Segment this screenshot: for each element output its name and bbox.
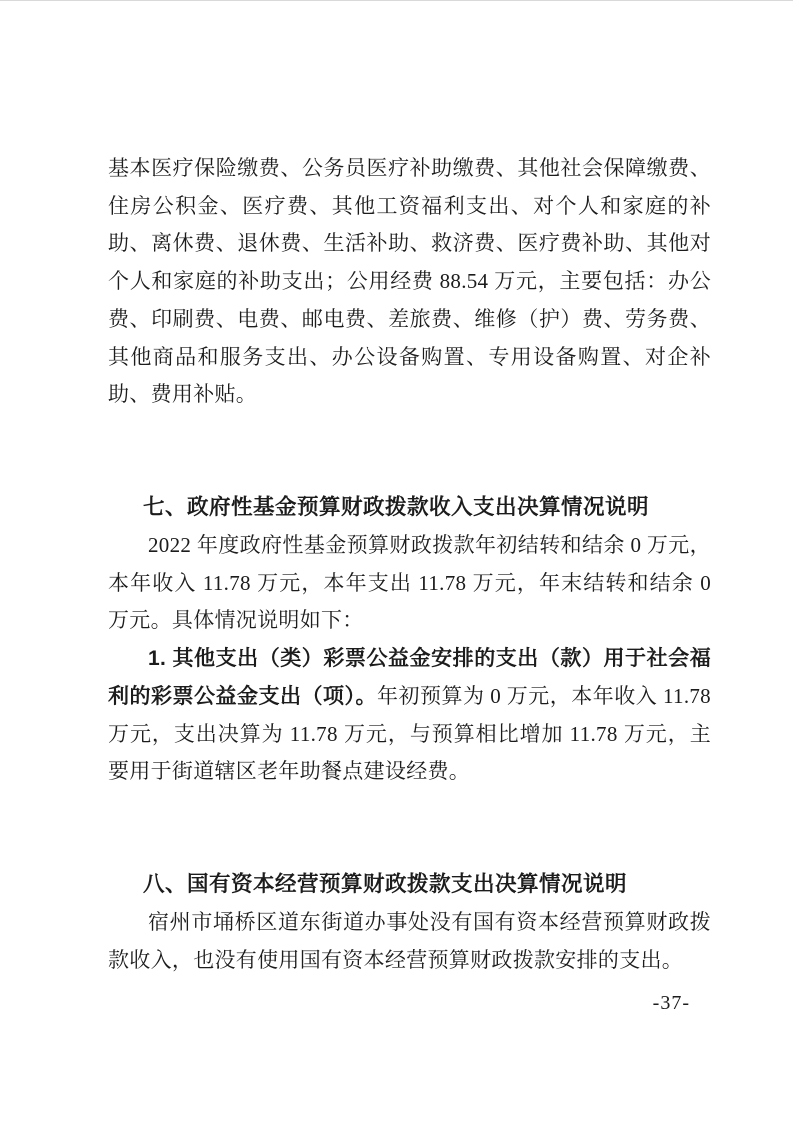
document-content: 基本医疗保险缴费、公务员医疗补助缴费、其他社会保障缴费、住房公积金、医疗费、其他… <box>108 150 711 979</box>
section-seven: 七、政府性基金预算财政拨款收入支出决算情况说明 2022 年度政府性基金预算财政… <box>108 489 711 791</box>
page-number: -37- <box>653 992 690 1015</box>
document-page: 基本医疗保险缴费、公务员医疗补助缴费、其他社会保障缴费、住房公积金、医疗费、其他… <box>0 0 793 1122</box>
section-seven-item1: 1. 其他支出（类）彩票公益金安排的支出（款）用于社会福利的彩票公益金支出（项）… <box>108 640 711 791</box>
section-eight-heading: 八、国有资本经营预算财政拨款支出决算情况说明 <box>108 866 711 904</box>
section-seven-intro: 2022 年度政府性基金预算财政拨款年初结转和结余 0 万元，本年收入 11.7… <box>108 527 711 640</box>
section-seven-heading: 七、政府性基金预算财政拨款收入支出决算情况说明 <box>108 489 711 527</box>
continuation-paragraph: 基本医疗保险缴费、公务员医疗补助缴费、其他社会保障缴费、住房公积金、医疗费、其他… <box>108 150 711 414</box>
section-eight: 八、国有资本经营预算财政拨款支出决算情况说明 宿州市埇桥区道东街道办事处没有国有… <box>108 866 711 979</box>
section-eight-body: 宿州市埇桥区道东街道办事处没有国有资本经营预算财政拨款收入，也没有使用国有资本经… <box>108 904 711 979</box>
